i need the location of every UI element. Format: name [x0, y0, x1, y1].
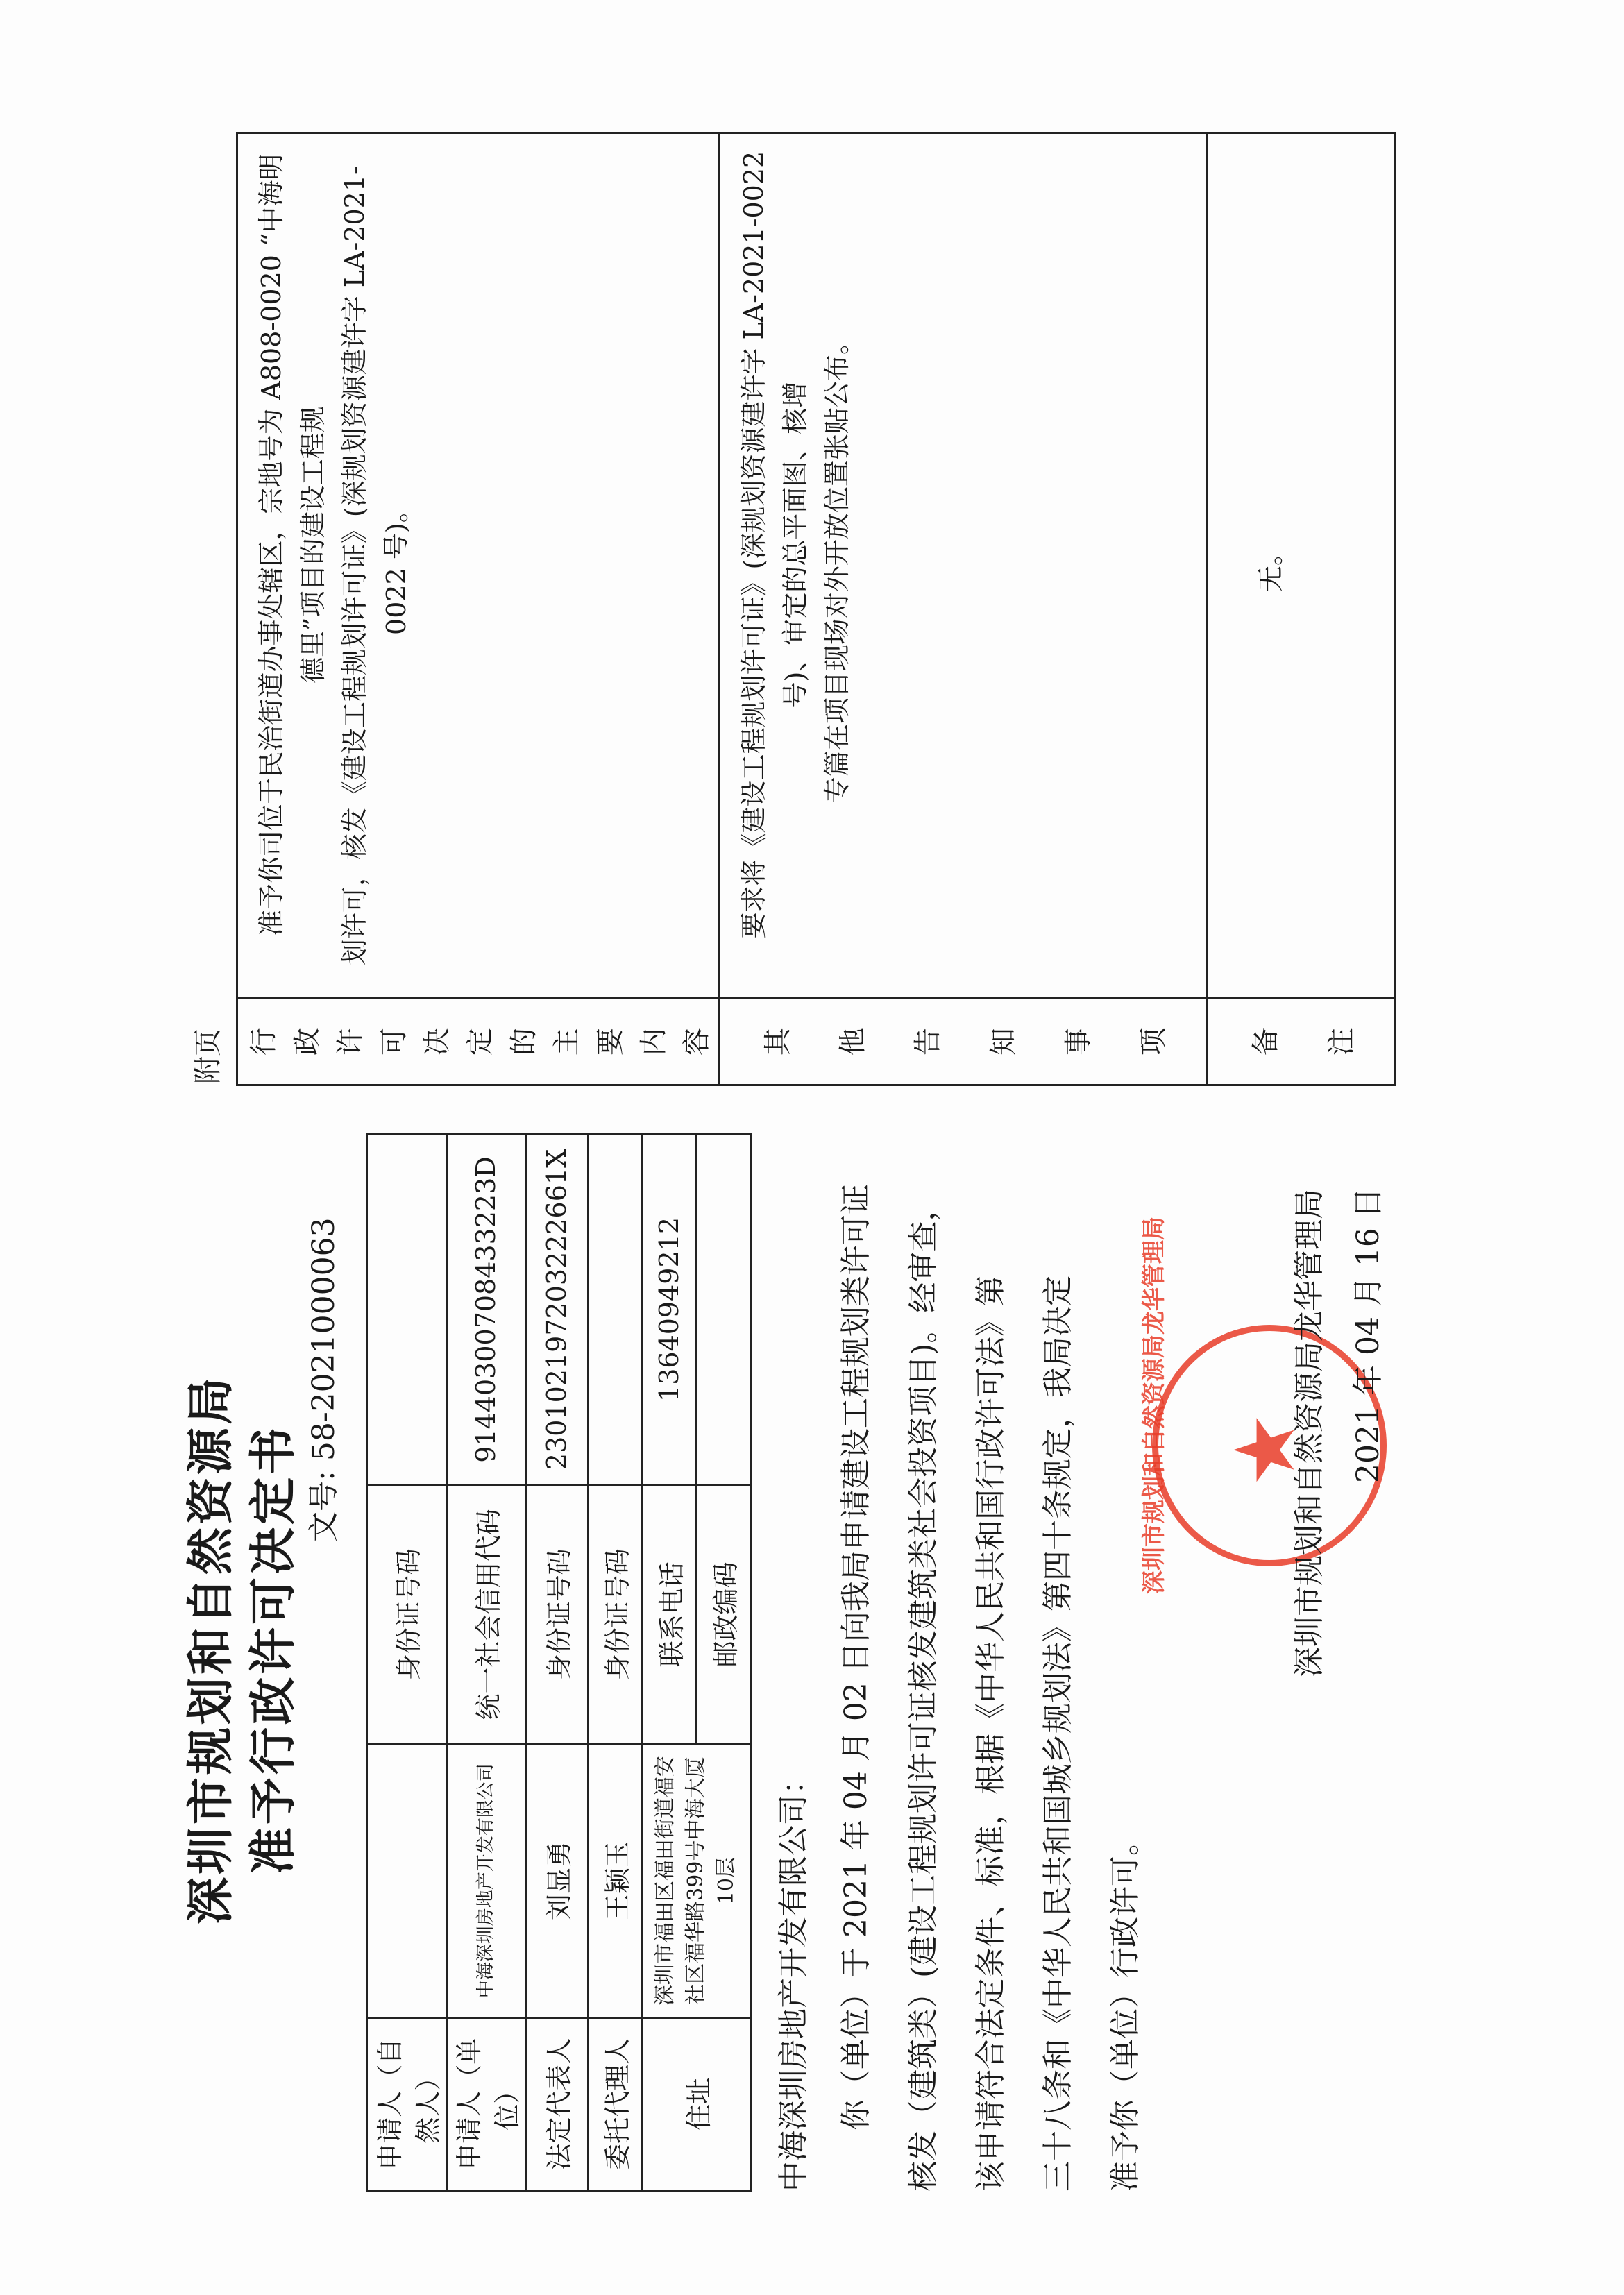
body-paragraph: 你（单位）于 2021 年 04 月 02 日向我局申请建设工程规划类许可证 核… — [822, 1130, 1159, 2192]
appendix-row: 备注 无。 — [1208, 133, 1396, 1085]
remarks-cell: 无。 — [1208, 133, 1396, 999]
seal-text: 深圳市规划和自然资源局龙华管理局 — [1135, 1217, 1169, 1594]
row-label: 申请人（单位） — [446, 2017, 526, 2190]
row-label: 法定代表人 — [526, 2017, 588, 2190]
row-id-value: 914403007084332​23D — [446, 1135, 526, 1485]
appendix-row: 行政许可决定的主要内容 准予你司位于民治街道办事处辖区，宗地号为 A808-00… — [237, 133, 720, 1085]
row-id-label: 身份证号码 — [526, 1484, 588, 1744]
table-row: 委托代理人 王颖玉 身份证号码 — [588, 1135, 642, 2191]
body-line: 三十八条和《中华人民共和国城乡规划法》第四十条规定，我局决定 — [1024, 1130, 1092, 2192]
decision-content-cell: 准予你司位于民治街道办事处辖区，宗地号为 A808-0020 “中海明德里”项目… — [237, 133, 720, 999]
document-number: 文号: 58-2021000063 — [298, 1217, 343, 1542]
content-line: 划许可，核发《建设工程规划许可证》(深规划资源建许字 LA-2021-0022 … — [334, 148, 417, 983]
body-line: 核发（建筑类）(建设工程规划许可证核发建筑类社会投资项目)。经审查， — [890, 1130, 957, 2192]
phone-value: 13640949212 — [642, 1135, 696, 1485]
content-line: 准予你司位于民治街道办事处辖区，宗地号为 A808-0020 “中海明德里”项目… — [251, 148, 334, 983]
table-row: 法定代表人 刘显勇 身份证号码 230102197203222661X — [526, 1135, 588, 2191]
row-value: 王颖玉 — [588, 1744, 642, 2017]
appendix-row-label: 行政许可决定的主要内容 — [237, 999, 720, 1085]
document-title: 准予行政许可决定书 — [236, 1129, 303, 2170]
table-row: 住址 深圳市福田区福田街道福安社区福华路399号中海大厦10层 联系电话 136… — [642, 1135, 696, 2191]
appendix-table: 行政许可决定的主要内容 准予你司位于民治街道办事处辖区，宗地号为 A808-00… — [236, 132, 1396, 1086]
content-line: 专篇在项目现场对外开放位置张贴公布。 — [816, 148, 858, 983]
address-value: 深圳市福田区福田街道福安社区福华路399号中海大厦10层 — [642, 1744, 750, 2017]
postcode-value — [696, 1135, 750, 1485]
row-value — [367, 1744, 447, 2017]
other-notices-cell: 要求将《建设工程规划许可证》(深规划资源建许字 LA-2021-0022 号)、… — [720, 133, 1208, 999]
row-id-value — [367, 1135, 447, 1485]
body-line: 该申请符合法定条件、标准，根据《中华人民共和国行政许可法》第 — [957, 1130, 1024, 2192]
document-number-label: 文号: — [306, 1471, 341, 1542]
body-line: 你（单位）于 2021 年 04 月 02 日向我局申请建设工程规划类许可证 — [822, 1130, 890, 2192]
row-id-label: 身份证号码 — [367, 1484, 447, 1744]
applicant-table: 申请人（自然人） 身份证号码 申请人（单位） 中海深圳房地产开发有限公司 统一社… — [366, 1133, 752, 2192]
appendix-row: 其他告知事项 要求将《建设工程规划许可证》(深规划资源建许字 LA-2021-0… — [720, 133, 1208, 1085]
appendix-heading: 附页 — [186, 1028, 226, 1084]
remarks-label: 备注 — [1208, 999, 1394, 1084]
issue-date: 2021 年 04 月 16 日 — [1343, 1187, 1387, 1483]
appendix-row-label: 备注 — [1208, 999, 1396, 1085]
content-line: 无。 — [1250, 148, 1292, 983]
row-id-label: 统一社会信用代码 — [446, 1484, 526, 1744]
row-id-value — [588, 1135, 642, 1485]
postcode-label: 邮政编码 — [696, 1484, 750, 1744]
decision-content-label: 行政许可决定的主要内容 — [238, 999, 718, 1084]
table-row: 申请人（自然人） 身份证号码 — [367, 1135, 447, 2191]
row-value: 中海深圳房地产开发有限公司 — [446, 1744, 526, 2017]
address-label: 住址 — [642, 2017, 750, 2190]
row-value: 刘显勇 — [526, 1744, 588, 2017]
table-row: 申请人（单位） 中海深圳房地产开发有限公司 统一社会信用代码 914403007… — [446, 1135, 526, 2191]
content-line: 要求将《建设工程规划许可证》(深规划资源建许字 LA-2021-0022 号)、… — [733, 148, 816, 983]
row-label: 申请人（自然人） — [367, 2017, 447, 2190]
issuer-signature: 深圳市规划和自然资源局龙华管理局 — [1284, 1189, 1328, 1677]
phone-label: 联系电话 — [642, 1484, 696, 1744]
other-notices-label: 其他告知事项 — [720, 999, 1206, 1084]
row-id-label: 身份证号码 — [588, 1484, 642, 1744]
row-label: 委托代理人 — [588, 2017, 642, 2190]
appendix-row-label: 其他告知事项 — [720, 999, 1208, 1085]
salutation: 中海深圳房地产开发有限公司： — [760, 1764, 827, 2192]
issuer-title: 深圳市规划和自然资源局 — [174, 1129, 241, 2170]
row-id-value: 230102197203222661X — [526, 1135, 588, 1485]
document-number-value: 58-2021000063 — [306, 1217, 341, 1461]
permit-decision-document: 深圳市规划和自然资源局 准予行政许可决定书 文号: 58-2021000063 … — [0, 0, 1624, 2295]
